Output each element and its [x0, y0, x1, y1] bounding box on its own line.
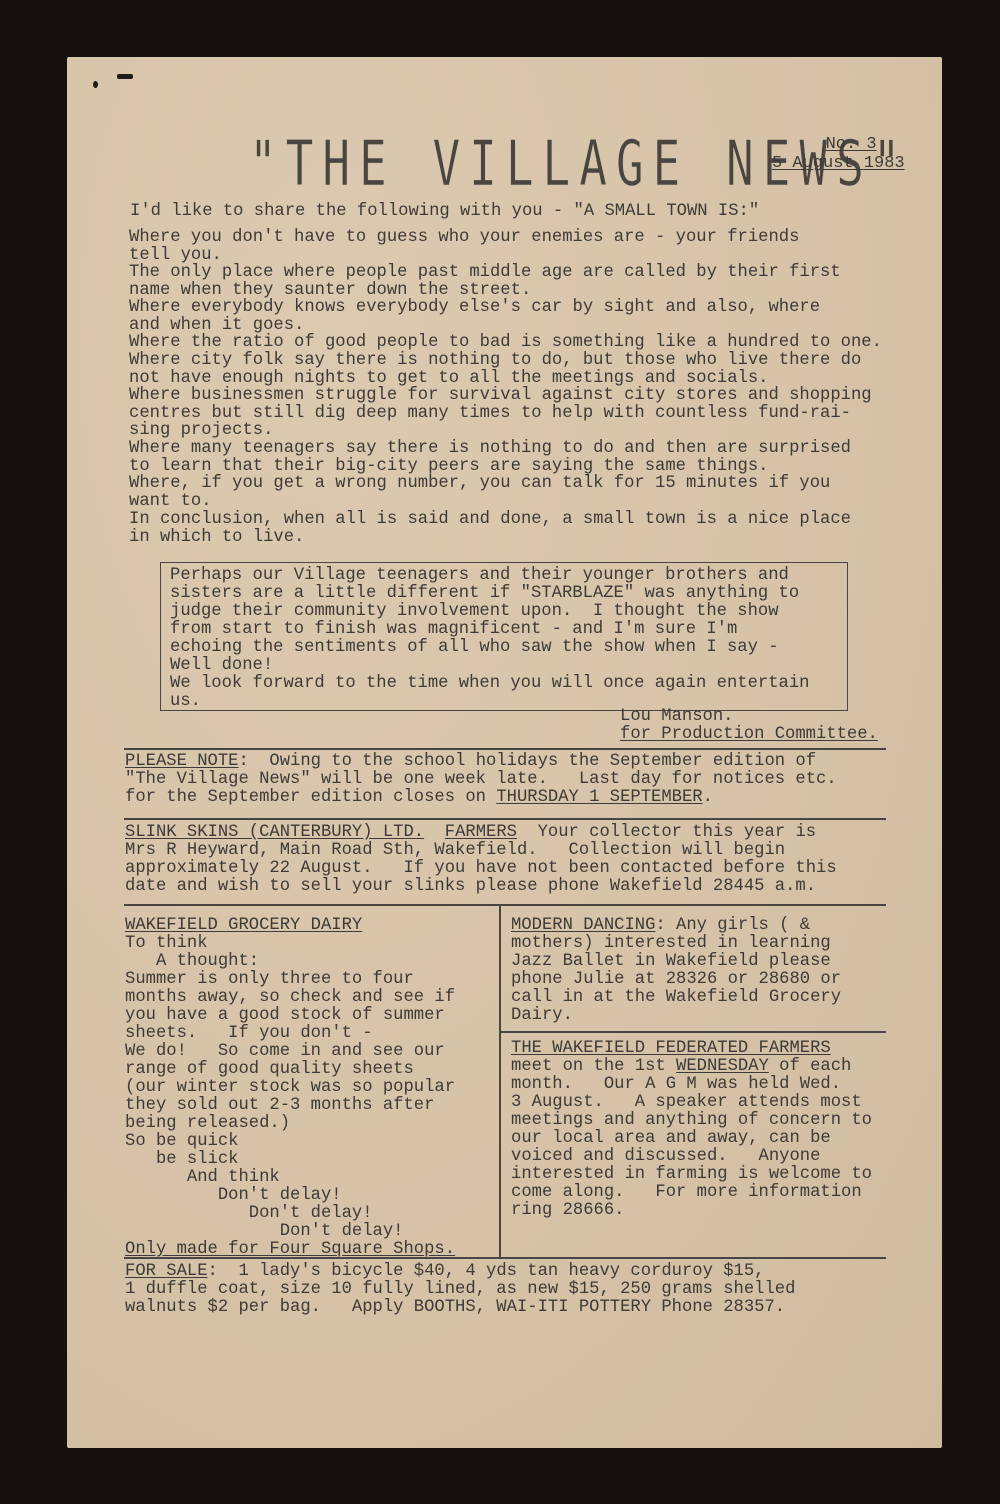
ad-line: Don't delay!: [125, 1205, 373, 1223]
box-line: sisters are a little different if "STARB…: [170, 585, 799, 603]
box-line: judge their community involvement upon. …: [170, 603, 779, 621]
slink-line-4: date and wish to sell your slinks please…: [125, 878, 816, 896]
small-town-intro: I'd like to share the following with you…: [130, 203, 759, 221]
ad-line: So be quick: [125, 1133, 238, 1151]
please-note-line-2: "The Village News" will be one week late…: [125, 771, 837, 789]
notice-line: interested in farming is welcome to: [511, 1166, 872, 1184]
please-note-line-1: PLEASE NOTE: Owing to the school holiday…: [125, 753, 816, 771]
ad-line: (our winter stock was so popular: [125, 1079, 455, 1097]
issue-number: No. 3: [772, 135, 877, 154]
list-line: Where city folk say there is nothing to …: [129, 352, 861, 370]
slink-heading: SLINK SKINS (CANTERBURY) LTD.: [125, 823, 424, 842]
section-divider: [124, 904, 886, 906]
section-divider: [124, 748, 886, 750]
list-line: want to.: [129, 493, 212, 511]
notice-line: ring 28666.: [511, 1202, 624, 1220]
issue-date: 5 August 1983: [772, 154, 905, 173]
right-column-divider: [500, 1031, 886, 1033]
notice-line: Jazz Ballet in Wakefield please: [511, 953, 831, 971]
please-note-line-3: for the September edition closes on THUR…: [125, 789, 713, 807]
staple-mark: [93, 81, 98, 88]
list-line: Where, if you get a wrong number, you ca…: [129, 475, 830, 493]
box-line: Perhaps our Village teenagers and their …: [170, 567, 789, 585]
notice-line: phone Julie at 28326 or 28680 or: [511, 971, 841, 989]
notice-line: our local area and away, can be: [511, 1130, 831, 1148]
notice-line: 3 August. A speaker attends most: [511, 1094, 862, 1112]
list-line: in which to live.: [129, 529, 304, 547]
ad-line: sheets. If you don't -: [125, 1025, 373, 1043]
notice-line: month. Our A G M was held Wed.: [511, 1076, 841, 1094]
slink-line-3: approximately 22 August. If you have not…: [125, 860, 837, 878]
ad-line: A thought:: [125, 953, 259, 971]
dancing-heading: MODERN DANCING: [511, 916, 655, 935]
please-note-heading: PLEASE NOTE: [125, 752, 238, 771]
ad-line: they sold out 2-3 months after: [125, 1097, 434, 1115]
list-line: In conclusion, when all is said and done…: [129, 511, 851, 529]
ad-line: you have a good stock of summer: [125, 1007, 445, 1025]
ad-line: be slick: [125, 1151, 238, 1169]
notice-line: Dairy.: [511, 1007, 573, 1025]
notice-line: call in at the Wakefield Grocery: [511, 989, 841, 1007]
ad-line: range of good quality sheets: [125, 1061, 414, 1079]
list-line: Where many teenagers say there is nothin…: [129, 440, 851, 458]
ad-line: Don't delay!: [125, 1223, 403, 1241]
signature-name: Lou Manson.: [620, 708, 733, 726]
notice-line: come along. For more information: [511, 1184, 862, 1202]
box-line: We look forward to the time when you wil…: [170, 675, 809, 693]
issue-info: No. 3 5 August 1983: [772, 135, 905, 173]
farmers-subheading: FARMERS: [445, 823, 517, 842]
for-sale-line-2: 1 duffle coat, size 10 fully lined, as n…: [125, 1281, 795, 1299]
box-line: us.: [170, 693, 201, 711]
notice-line: voiced and discussed. Anyone: [511, 1148, 820, 1166]
farmers-line-1: meet on the 1st WEDNESDAY of each: [511, 1058, 851, 1076]
for-sale-line-3: walnuts $2 per bag. Apply BOOTHS, WAI-IT…: [125, 1299, 785, 1317]
slink-line-1: SLINK SKINS (CANTERBURY) LTD. FARMERS Yo…: [125, 824, 816, 842]
grocery-heading: WAKEFIELD GROCERY DAIRY: [125, 917, 362, 935]
ad-line: To think: [125, 935, 208, 953]
ad-line: Don't delay!: [125, 1187, 342, 1205]
list-line: Where you don't have to guess who your e…: [129, 229, 799, 247]
farmers-heading: THE WAKEFIELD FEDERATED FARMERS: [511, 1040, 831, 1058]
ad-line: Summer is only three to four: [125, 971, 414, 989]
box-line: from start to finish was magnificent - a…: [170, 621, 737, 639]
box-line: Well done!: [170, 657, 273, 675]
for-sale-line-1: FOR SALE: 1 lady's bicycle $40, 4 yds ta…: [125, 1263, 764, 1281]
ad-line: being released.): [125, 1115, 290, 1133]
slink-line-2: Mrs R Heyward, Main Road Sth, Wakefield.…: [125, 842, 785, 860]
notice-line: meetings and anything of concern to: [511, 1112, 872, 1130]
list-line: Where the ratio of good people to bad is…: [129, 334, 882, 352]
section-divider: [124, 818, 886, 820]
dancing-line-1: MODERN DANCING: Any girls ( &: [511, 917, 810, 935]
section-divider: [124, 1257, 886, 1259]
deadline-date: THURSDAY 1 SEPTEMBER: [496, 788, 702, 807]
signature-role: for Production Committee.: [620, 726, 878, 744]
ad-line: We do! So come in and see our: [125, 1043, 445, 1061]
notice-line: mothers) interested in learning: [511, 935, 831, 953]
list-line: Where businessmen struggle for survival …: [129, 387, 872, 405]
staple-mark: [117, 74, 133, 79]
meeting-day: WEDNESDAY: [676, 1057, 769, 1076]
ad-line: months away, so check and see if: [125, 989, 455, 1007]
ad-line: And think: [125, 1169, 280, 1187]
newsletter-page: "THE VILLAGE NEWS" No. 3 5 August 1983 I…: [67, 57, 942, 1448]
list-line: Where everybody knows everybody else's c…: [129, 299, 820, 317]
for-sale-heading: FOR SALE: [125, 1262, 208, 1281]
column-divider: [499, 906, 501, 1258]
box-line: echoing the sentiments of all who saw th…: [170, 639, 779, 657]
list-line: The only place where people past middle …: [129, 264, 841, 282]
list-line: sing projects.: [129, 422, 273, 440]
